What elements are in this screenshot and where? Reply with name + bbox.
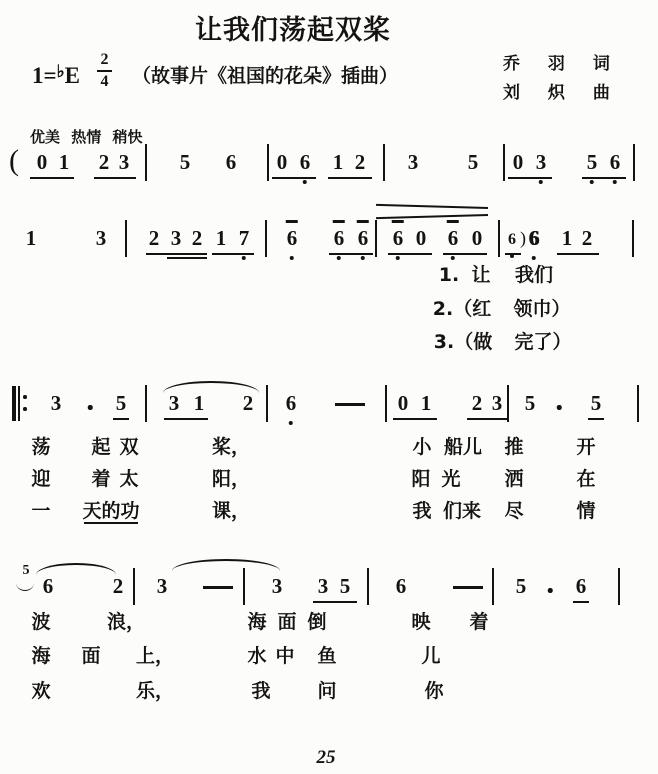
lyric-syllable: 我们 [515,265,553,285]
lyric-syllable: 面 [81,646,100,666]
lyric-syllable: 上， [136,646,174,666]
lyric-syllable: 让 [471,265,490,285]
beam-underline [582,177,626,179]
lyric-syllable: 面 [277,612,296,632]
beam-underline [557,253,599,255]
note: 1 [421,393,432,414]
lyric-syllable: 我 [412,501,431,521]
lyric-syllable: 我 [251,681,270,701]
note: 3 [51,393,62,414]
duration-dash [203,586,233,589]
lyric-syllable: 们来 [443,501,481,521]
note: 2 [243,393,254,414]
barline [618,568,620,605]
subtitle: （故事片《祖国的花朵》插曲） [132,61,398,88]
beam-underline [329,253,373,255]
note: 6 [396,576,407,597]
note: 0 [472,228,483,249]
time-signature: 2 4 [97,52,112,90]
augmentation-dot [557,405,562,410]
note: 6 [529,228,540,249]
lyric-syllable: 情 [576,501,595,521]
key-tonic: E [65,63,80,88]
tenuto-dash [286,220,298,223]
note: 5 [587,152,598,173]
note: 3 [119,152,130,173]
barline [267,144,269,181]
lyric-syllable: 映 [411,612,430,632]
beam-underline [313,601,357,603]
lyric-syllable: 水 [247,646,266,666]
beam-underline [272,177,316,179]
note: 1 [562,228,573,249]
note: 5 [468,152,479,173]
note: 0 [416,228,427,249]
sheet-music-page: 让我们荡起双桨 1=♭E 2 4 （故事片《祖国的花朵》插曲） 乔 羽 词 刘 … [0,0,658,774]
lyric-syllable: 鱼 [317,646,336,666]
barline [385,385,387,422]
note: 1 [26,228,37,249]
parenthesis: ( [9,146,19,176]
lyric-syllable: 阳， [212,469,250,489]
octave-dot [303,180,307,184]
note: 3 [408,152,419,173]
lyric-syllable: 船儿 [444,437,482,457]
note: 6 [286,393,297,414]
barline [507,385,509,422]
lyric-syllable: 尽 [504,501,523,521]
note: 1 [333,152,344,173]
note: 0 [398,393,409,414]
note: 6 [226,152,237,173]
octave-dot [451,256,455,260]
note: 3 [272,576,283,597]
note: 3 [96,228,107,249]
verse-number: 3.（做 [434,332,492,352]
note: 6 [508,232,516,248]
beam-underline [212,253,254,255]
note: 2 [113,576,124,597]
barline [133,568,135,605]
beam-underline [328,177,372,179]
barline [243,568,245,605]
note: 6 [334,228,345,249]
note: 3 [157,576,168,597]
page-number: 25 [317,747,336,769]
lyric-syllable: 推 [504,437,523,457]
lyric-syllable: 太 [119,469,138,489]
octave-dot [289,421,293,425]
lyricist-credit: 乔 羽 词 [503,49,619,74]
beam-underline [467,418,509,420]
note: 2 [99,152,110,173]
note: 5 [525,393,536,414]
lyric-syllable: 浪， [107,612,145,632]
barline [633,144,635,181]
note: 6 [358,228,369,249]
verse-number: 2.（红 [433,299,491,319]
lyric-syllable: 海 [247,612,266,632]
lyric-syllable: 着 [91,469,110,489]
note: 3 [318,576,329,597]
key-prefix: 1= [32,63,57,88]
lyric-syllable: 开 [576,437,595,457]
note: 5 [591,393,602,414]
duration-dash [335,403,365,406]
beam-underline [393,418,437,420]
verse-number: 1. [439,265,459,285]
note: 0 [37,152,48,173]
note: 1 [194,393,205,414]
note: 7 [239,228,250,249]
lyric-syllable: 波 [31,612,50,632]
note: 6 [448,228,459,249]
note: 2 [355,152,366,173]
barline [145,385,147,422]
lyric-syllable: 领巾） [513,299,570,319]
octave-dot [613,180,617,184]
note: 3 [536,152,547,173]
barline [367,568,369,605]
barline [498,220,500,257]
barline [266,385,268,422]
note: 5 [340,576,351,597]
beam-underline [30,177,74,179]
lyric-syllable: 你 [424,681,443,701]
beam-underline [573,601,589,603]
lyric-syllable: 一 [31,501,50,521]
lyric-syllable: 天的功 [82,501,139,521]
beam-underline [146,253,207,255]
note: 5 [180,152,191,173]
lyric-underline [84,522,138,524]
note: 3 [492,393,503,414]
grace-note: 5 [23,564,30,578]
lyric-syllable: 课， [212,501,250,521]
lyric-syllable: 欢 [31,681,50,701]
note: 3 [169,393,180,414]
augmentation-dot [88,405,93,410]
note: 2 [582,228,593,249]
note: 6 [393,228,404,249]
lyric-syllable: 中 [275,646,294,666]
lyric-syllable: 小 [412,437,431,457]
note: 1 [216,228,227,249]
beam-underline [164,418,208,420]
lyric-syllable: 乐， [136,681,174,701]
note: 6 [43,576,54,597]
time-signature-numerator: 2 [101,51,109,68]
lyric-syllable: 着 [469,612,488,632]
lyric-syllable: 阳 [411,469,430,489]
augmentation-dot [548,588,553,593]
barline [125,220,127,257]
beam-underline [388,253,432,255]
barline [265,220,267,257]
song-title: 让我们荡起双桨 [195,8,391,47]
lyric-syllable: 儿 [421,646,440,666]
note: 1 [59,152,70,173]
tenuto-dash [447,220,459,223]
note: 2 [192,228,203,249]
beam-underline [94,177,136,179]
decrescendo-hairpin [376,207,488,216]
lyric-syllable: 起 [91,437,110,457]
octave-dot [337,256,341,260]
lyric-syllable: 完了） [514,332,571,352]
beam-underline [505,253,521,255]
repeat-sign [12,386,28,421]
note: 3 [171,228,182,249]
lyric-syllable: 洒 [504,469,523,489]
note: 0 [513,152,524,173]
note: 5 [516,576,527,597]
barline [492,568,494,605]
octave-dot [242,256,246,260]
beam-underline [588,418,604,420]
note: 2 [472,393,483,414]
slur [172,559,280,571]
beam-underline [508,177,552,179]
octave-dot [361,256,365,260]
lyric-syllable: 倒 [307,612,326,632]
barline [632,220,634,257]
octave-dot [590,180,594,184]
octave-dot [396,256,400,260]
tempo-marking: 优美 热情 稍快 [30,126,142,147]
duration-dash [453,586,483,589]
note: 2 [149,228,160,249]
lyric-syllable: 光 [441,469,460,489]
beam-underline [113,418,129,420]
barline [637,385,639,422]
flat-sign: ♭ [57,62,65,81]
lyric-syllable: 在 [576,469,595,489]
time-signature-denominator: 4 [101,73,109,90]
key-signature: 1=♭E [32,62,80,89]
barline [145,144,147,181]
barline [383,144,385,181]
barline [375,220,377,257]
barline [503,144,505,181]
lyric-syllable: 问 [317,681,336,701]
octave-dot [539,180,543,184]
tenuto-dash [392,220,404,223]
grace-slur [16,583,34,591]
note: 6 [287,228,298,249]
lyric-syllable: 迎 [31,469,50,489]
composer-credit: 刘 炽 曲 [503,78,619,103]
lyric-syllable: 荡 [31,437,50,457]
octave-dot [290,256,294,260]
note: 6 [610,152,621,173]
tenuto-dash [333,220,345,223]
parenthesis: ) [520,229,526,247]
tenuto-dash [357,220,369,223]
lyric-syllable: 桨， [212,437,250,457]
note: 0 [277,152,288,173]
lyric-syllable: 海 [31,646,50,666]
lyric-syllable: 双 [119,437,138,457]
beam-underline [443,253,487,255]
beam-underline [167,257,207,259]
octave-dot [532,256,536,260]
note: 6 [300,152,311,173]
fraction-line [97,70,112,72]
note: 6 [576,576,587,597]
note: 5 [116,393,127,414]
